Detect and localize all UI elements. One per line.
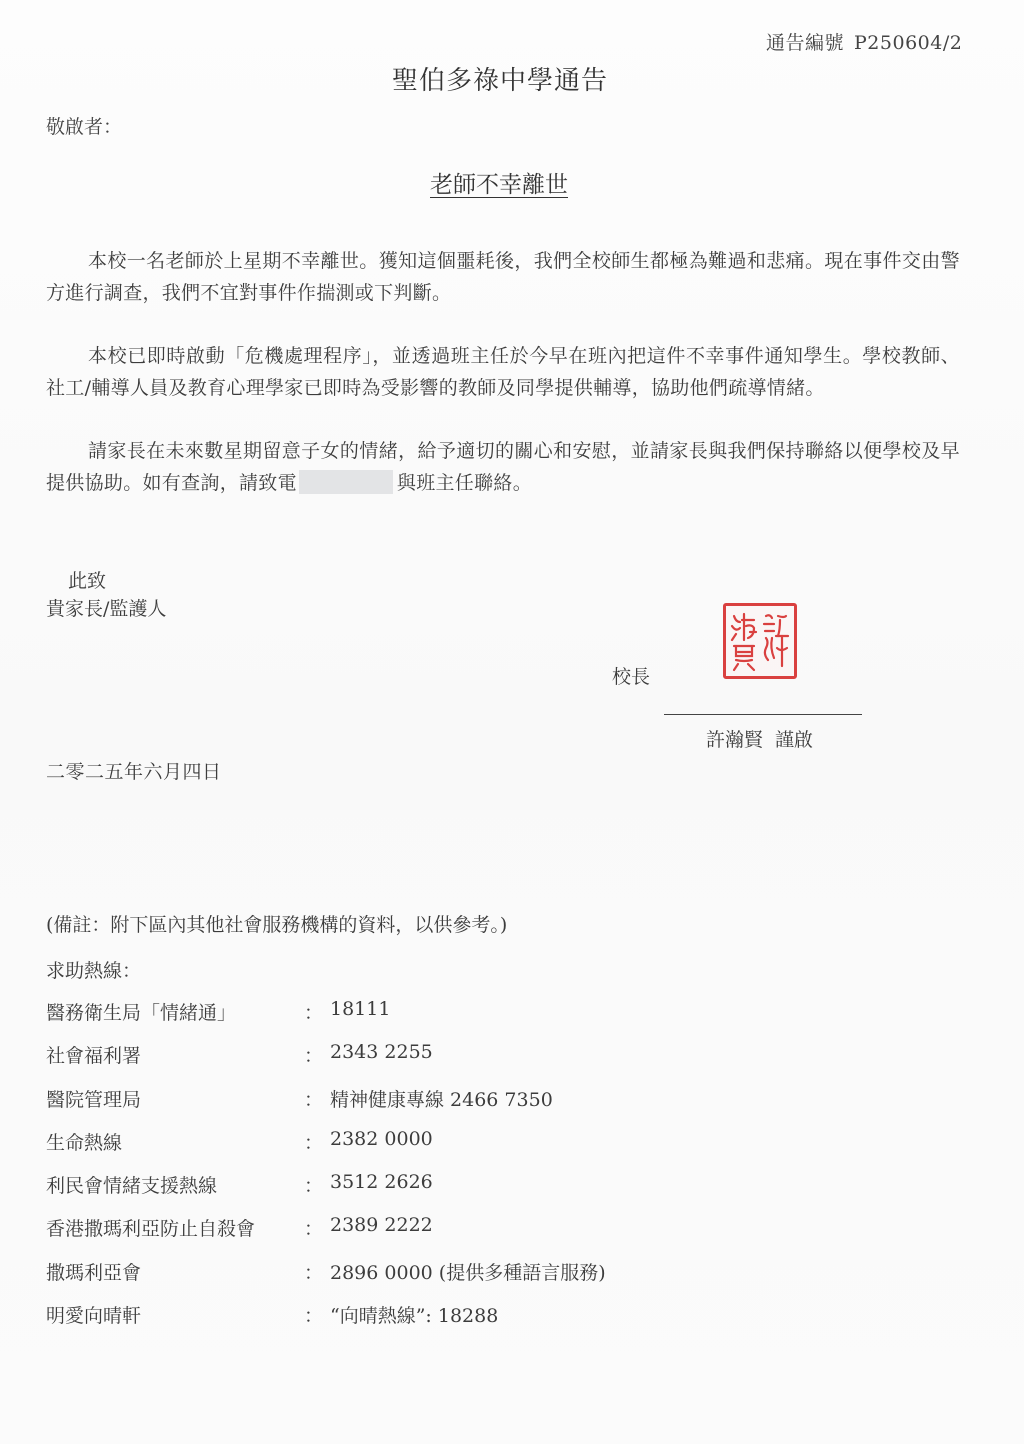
salutation: 敬啟者： — [46, 112, 122, 139]
hotline-heading: 求助熱線： — [46, 956, 141, 983]
hotline-number: 2896 0000 (提供多種語言服務) — [330, 1258, 606, 1285]
hotline-separator: ： — [304, 1128, 323, 1155]
hotline-org: 明愛向晴軒 — [46, 1301, 141, 1328]
hotline-item: 社會福利署 ： 2343 2255 — [46, 1041, 746, 1084]
hotline-number: 2343 2255 — [330, 1041, 433, 1063]
hotline-separator: ： — [304, 1214, 323, 1241]
closing-line-2: 貴家長/監護人 — [46, 594, 166, 621]
hotline-list: 醫務衛生局「情緒通」 ： 18111 社會福利署 ： 2343 2255 醫院管… — [46, 998, 746, 1344]
notice-subject: 老師不幸離世 — [430, 166, 568, 199]
hotline-org: 香港撒瑪利亞防止自殺會 — [46, 1214, 255, 1241]
hotline-number: 18111 — [330, 998, 390, 1020]
notice-number-label: 通告編號 — [766, 32, 844, 54]
paragraph-3: 請家長在未來數星期留意子女的情緒，給予適切的關心和安慰，並請家長與我們保持聯絡以… — [46, 435, 960, 499]
paragraph-2: 本校已即時啟動「危機處理程序」，並透過班主任於今早在班內把這件不幸事件通知學生。… — [46, 340, 960, 404]
hotline-org: 醫務衛生局「情緒通」 — [46, 998, 236, 1025]
seal-script-icon — [726, 606, 794, 676]
hotline-org: 醫院管理局 — [46, 1085, 141, 1112]
hotline-item: 醫務衛生局「情緒通」 ： 18111 — [46, 998, 746, 1041]
signature-closing: 謹啟 — [775, 729, 813, 751]
notice-date: 二零二五年六月四日 — [46, 757, 222, 784]
hotline-separator: ： — [304, 998, 323, 1025]
principal-name: 許瀚賢 — [706, 729, 763, 751]
remark-note: (備註：附下區內其他社會服務機構的資料，以供參考。) — [46, 910, 507, 937]
hotline-item: 利民會情緒支援熱線 ： 3512 2626 — [46, 1171, 746, 1214]
hotline-item: 明愛向晴軒 ： “向晴熱線”: 18288 — [46, 1301, 746, 1344]
hotline-item: 撒瑪利亞會 ： 2896 0000 (提供多種語言服務) — [46, 1258, 746, 1301]
hotline-item: 醫院管理局 ： 精神健康專線 2466 7350 — [46, 1085, 746, 1128]
redacted-phone-number — [299, 470, 393, 494]
hotline-org: 撒瑪利亞會 — [46, 1258, 141, 1285]
signer: 許瀚賢謹啟 — [706, 725, 813, 752]
paragraph-3-tail: 與班主任聯絡。 — [397, 472, 532, 494]
hotline-number: 精神健康專線 2466 7350 — [330, 1085, 553, 1112]
closing-line-1: 此致 — [68, 566, 106, 593]
principal-seal-stamp — [723, 603, 797, 679]
notice-number-value: P250604/2 — [854, 32, 962, 54]
hotline-item: 香港撒瑪利亞防止自殺會 ： 2389 2222 — [46, 1214, 746, 1257]
hotline-number: 2389 2222 — [330, 1214, 433, 1236]
hotline-number: 3512 2626 — [330, 1171, 433, 1193]
school-title: 聖伯多祿中學通告 — [392, 60, 608, 97]
notice-number: 通告編號P250604/2 — [766, 28, 962, 55]
hotline-org: 社會福利署 — [46, 1041, 141, 1068]
hotline-number: “向晴熱線”: 18288 — [330, 1301, 498, 1328]
paragraph-1: 本校一名老師於上星期不幸離世。獲知這個噩耗後，我們全校師生都極為難過和悲痛。現在… — [46, 245, 960, 309]
hotline-org: 生命熱線 — [46, 1128, 122, 1155]
hotline-separator: ： — [304, 1041, 323, 1068]
hotline-separator: ： — [304, 1171, 323, 1198]
hotline-separator: ： — [304, 1258, 323, 1285]
hotline-separator: ： — [304, 1301, 323, 1328]
hotline-number: 2382 0000 — [330, 1128, 433, 1150]
signature-line — [664, 714, 862, 715]
hotline-separator: ： — [304, 1085, 323, 1112]
principal-title: 校長 — [612, 662, 650, 689]
notice-document: 通告編號P250604/2 聖伯多祿中學通告 敬啟者： 老師不幸離世 本校一名老… — [0, 0, 1024, 1444]
hotline-item: 生命熱線 ： 2382 0000 — [46, 1128, 746, 1171]
hotline-org: 利民會情緒支援熱線 — [46, 1171, 217, 1198]
